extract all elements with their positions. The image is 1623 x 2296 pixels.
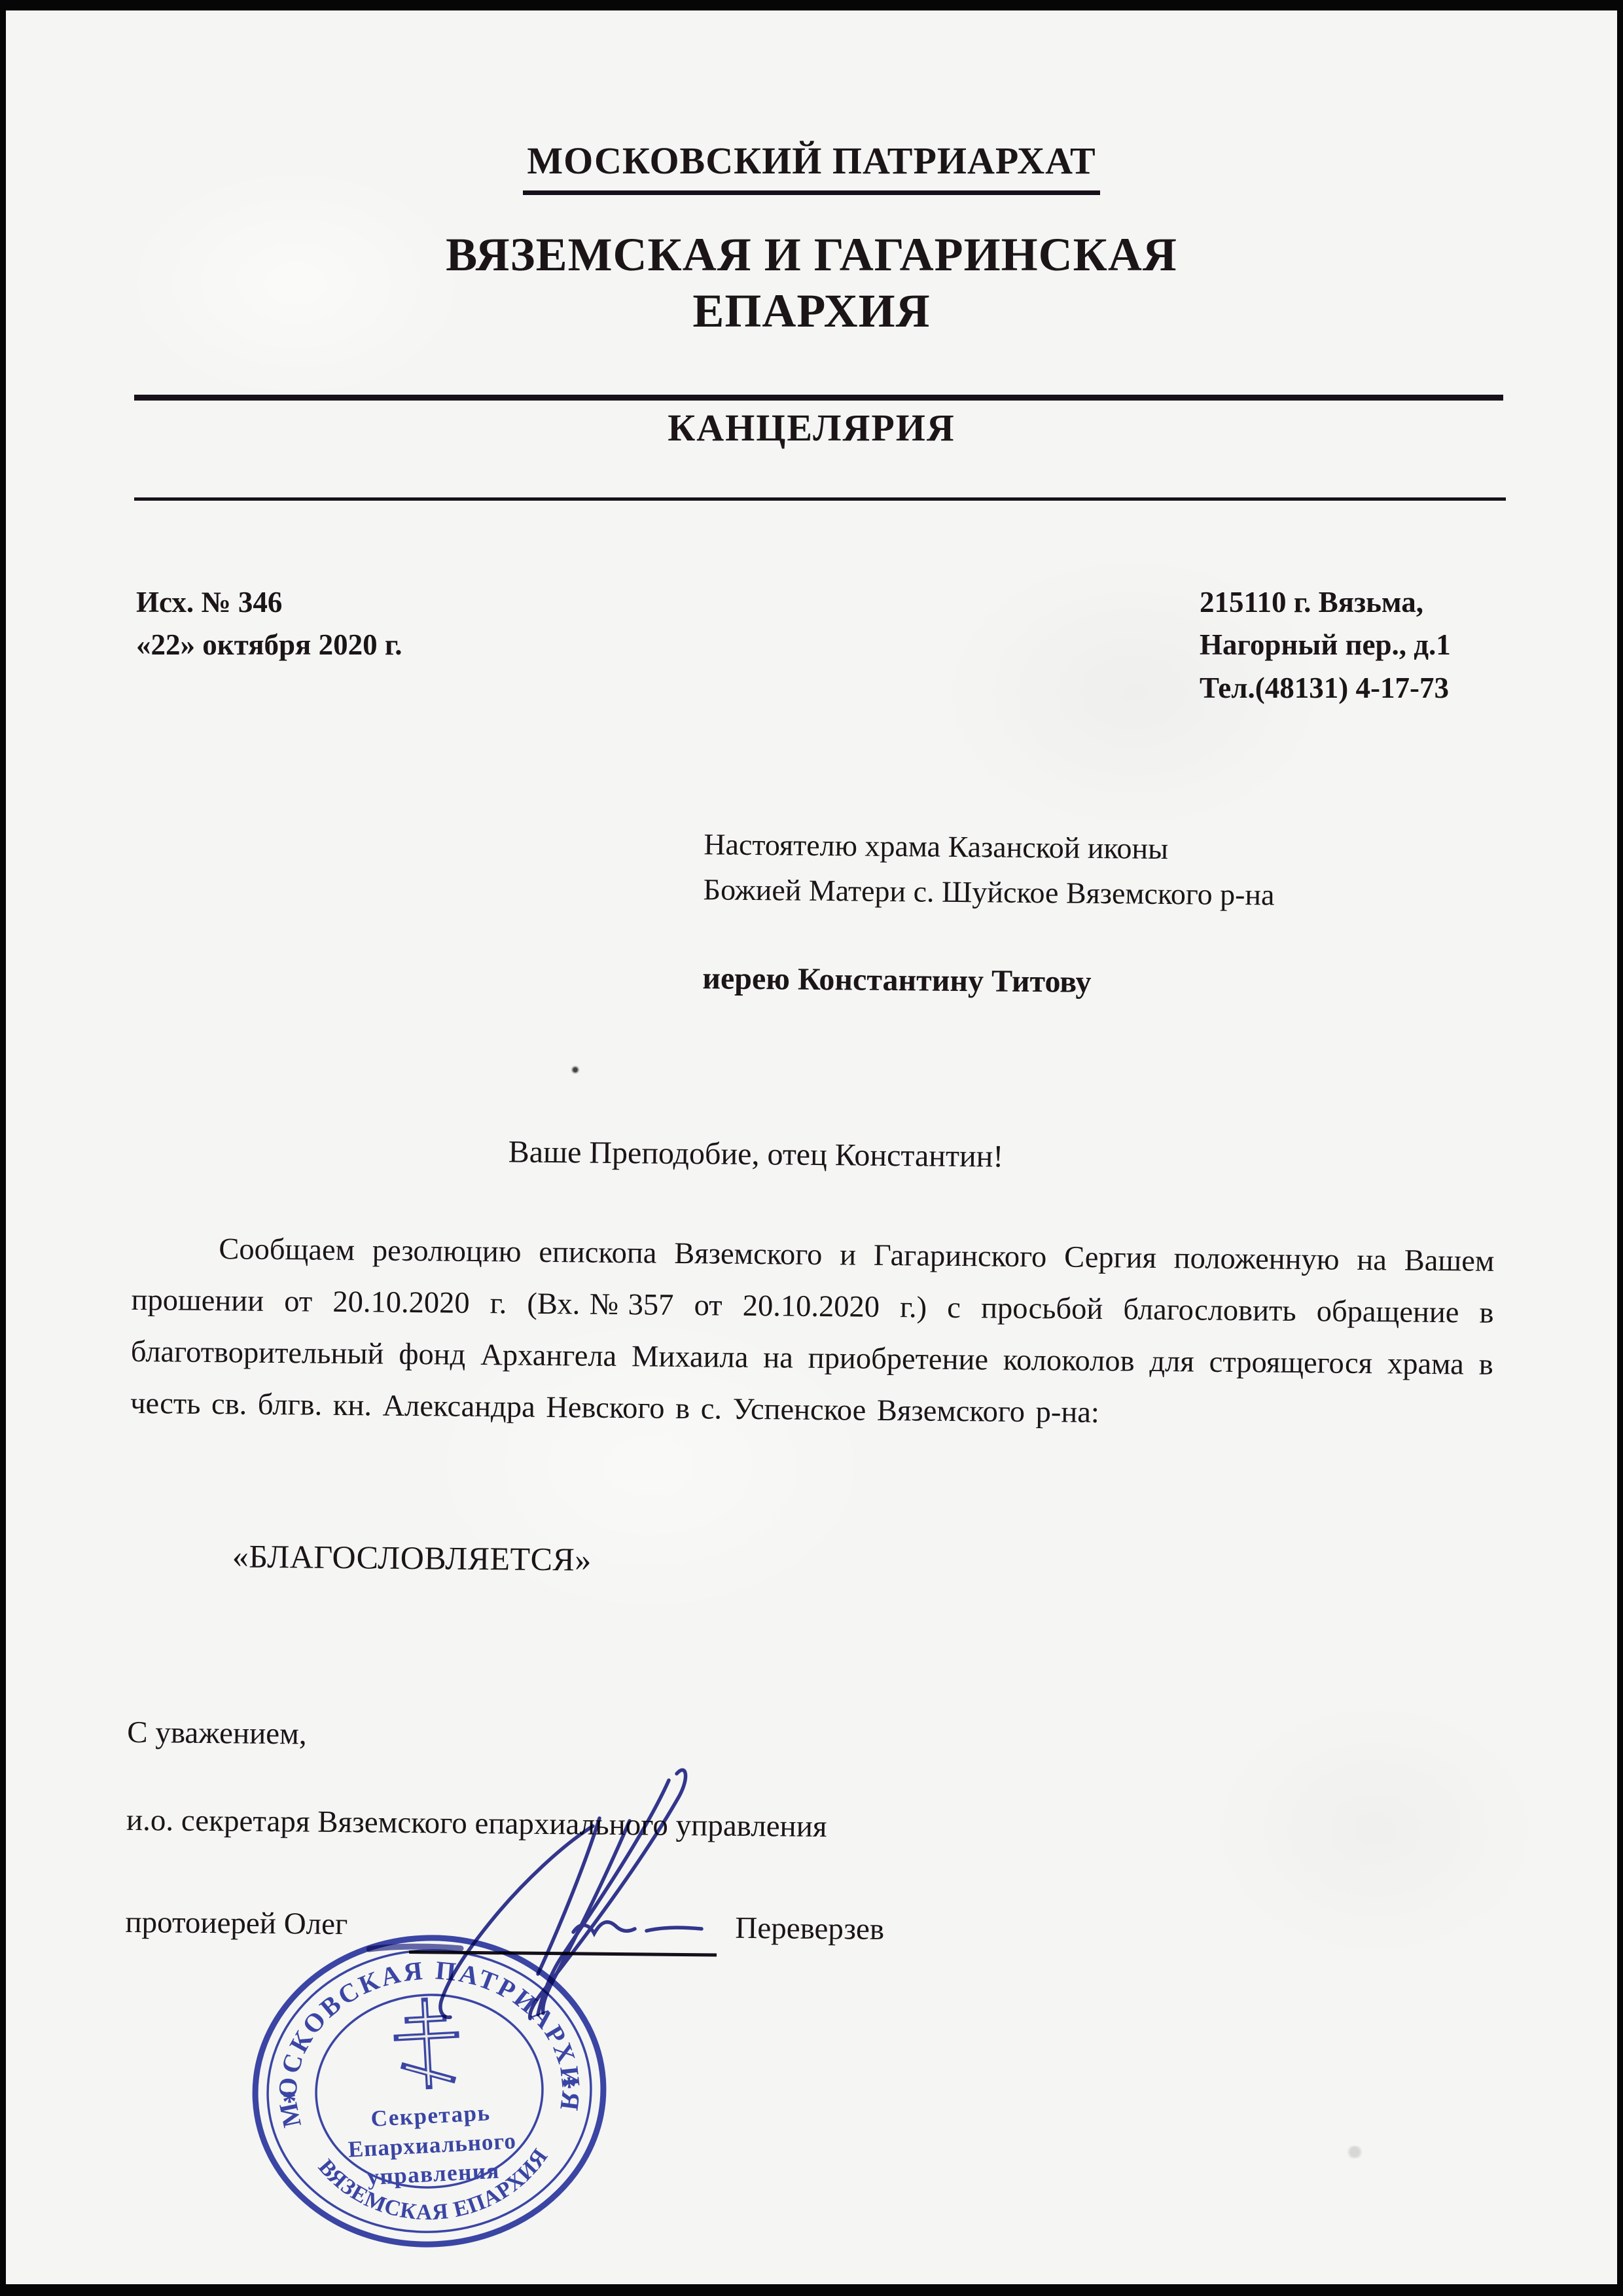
body-paragraph: Сообщаем резолюцию епископа Вяземского и… (130, 1223, 1495, 1443)
stamp-separator-left: * (281, 2085, 298, 2118)
signer-name-right: Переверзев (735, 1910, 884, 1947)
closing-regards: С уважением, (127, 1715, 307, 1752)
resolution-text: «БЛАГОСЛОВЛЯЕТСЯ» (129, 1536, 592, 1579)
signature-ink (366, 1741, 707, 2022)
recipient-line2: Божией Матери с. Шуйское Вяземского р-на (703, 867, 1274, 917)
stamp-center-line2: Епархиального (348, 2128, 517, 2162)
stamp-separator-right: * (562, 2070, 578, 2103)
recipient-line1: Настоятелю храма Казанской иконы (704, 821, 1275, 872)
recipient-name: иерею Константину Титову (702, 955, 1274, 1007)
signature-strokes (366, 1741, 707, 2022)
salutation: Ваше Преподобие, отец Константин! (508, 1134, 1004, 1174)
signer-name-left: протоиерей Олег (125, 1905, 348, 1942)
scanned-letter-page: МОСКОВСКИЙ ПАТРИАРХАТ ВЯЗЕМСКАЯ И ГАГАРИ… (6, 10, 1617, 2284)
stamp-center-line3: управления (366, 2158, 500, 2191)
recipient-block: Настоятелю храма Казанской иконы Божией … (702, 821, 1275, 1007)
stamp-center-line1: Секретарь (370, 2100, 491, 2132)
